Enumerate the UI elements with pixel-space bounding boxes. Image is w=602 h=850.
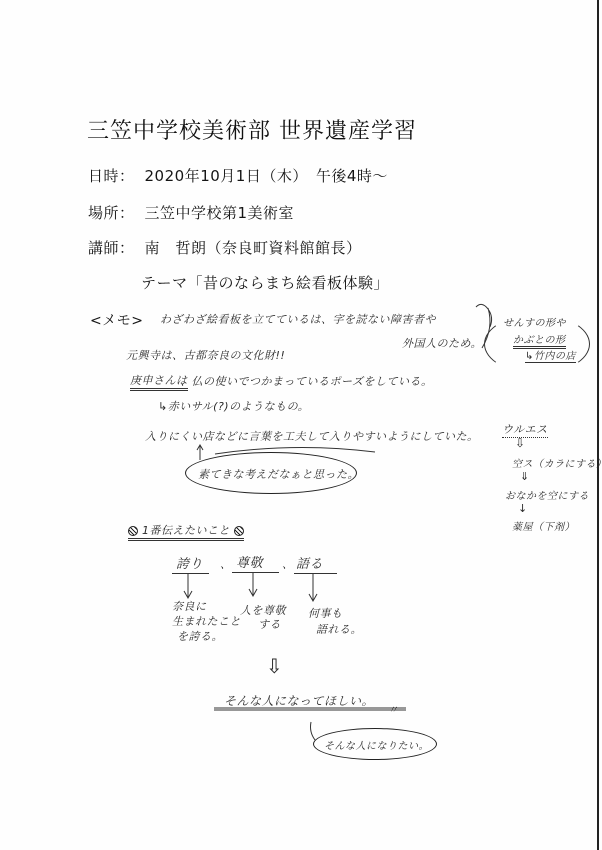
tell-desc-1: 何事も [308,605,343,621]
scanned-document-page: 三笠中学校美術部 世界遺産学習 日時：2020年10月1日（木） 午後4時～ 場… [0,0,602,850]
hand-drawn-lines [0,0,602,850]
conclusion-text: そんな人になってほしい。 [224,692,374,709]
tell-desc-2: 語れる。 [316,621,362,637]
response-text: そんな人になりたい。 [324,737,429,752]
pride-desc-2: 生まれたこと [172,613,241,629]
pride-desc-3: を誇る。 [177,628,223,644]
pride-desc-1: 奈良に [172,598,207,614]
down-arrow-icon: ⇩ [266,654,283,678]
conclusion-mark: 〃 [388,701,399,716]
respect-desc-2: する [258,616,281,632]
